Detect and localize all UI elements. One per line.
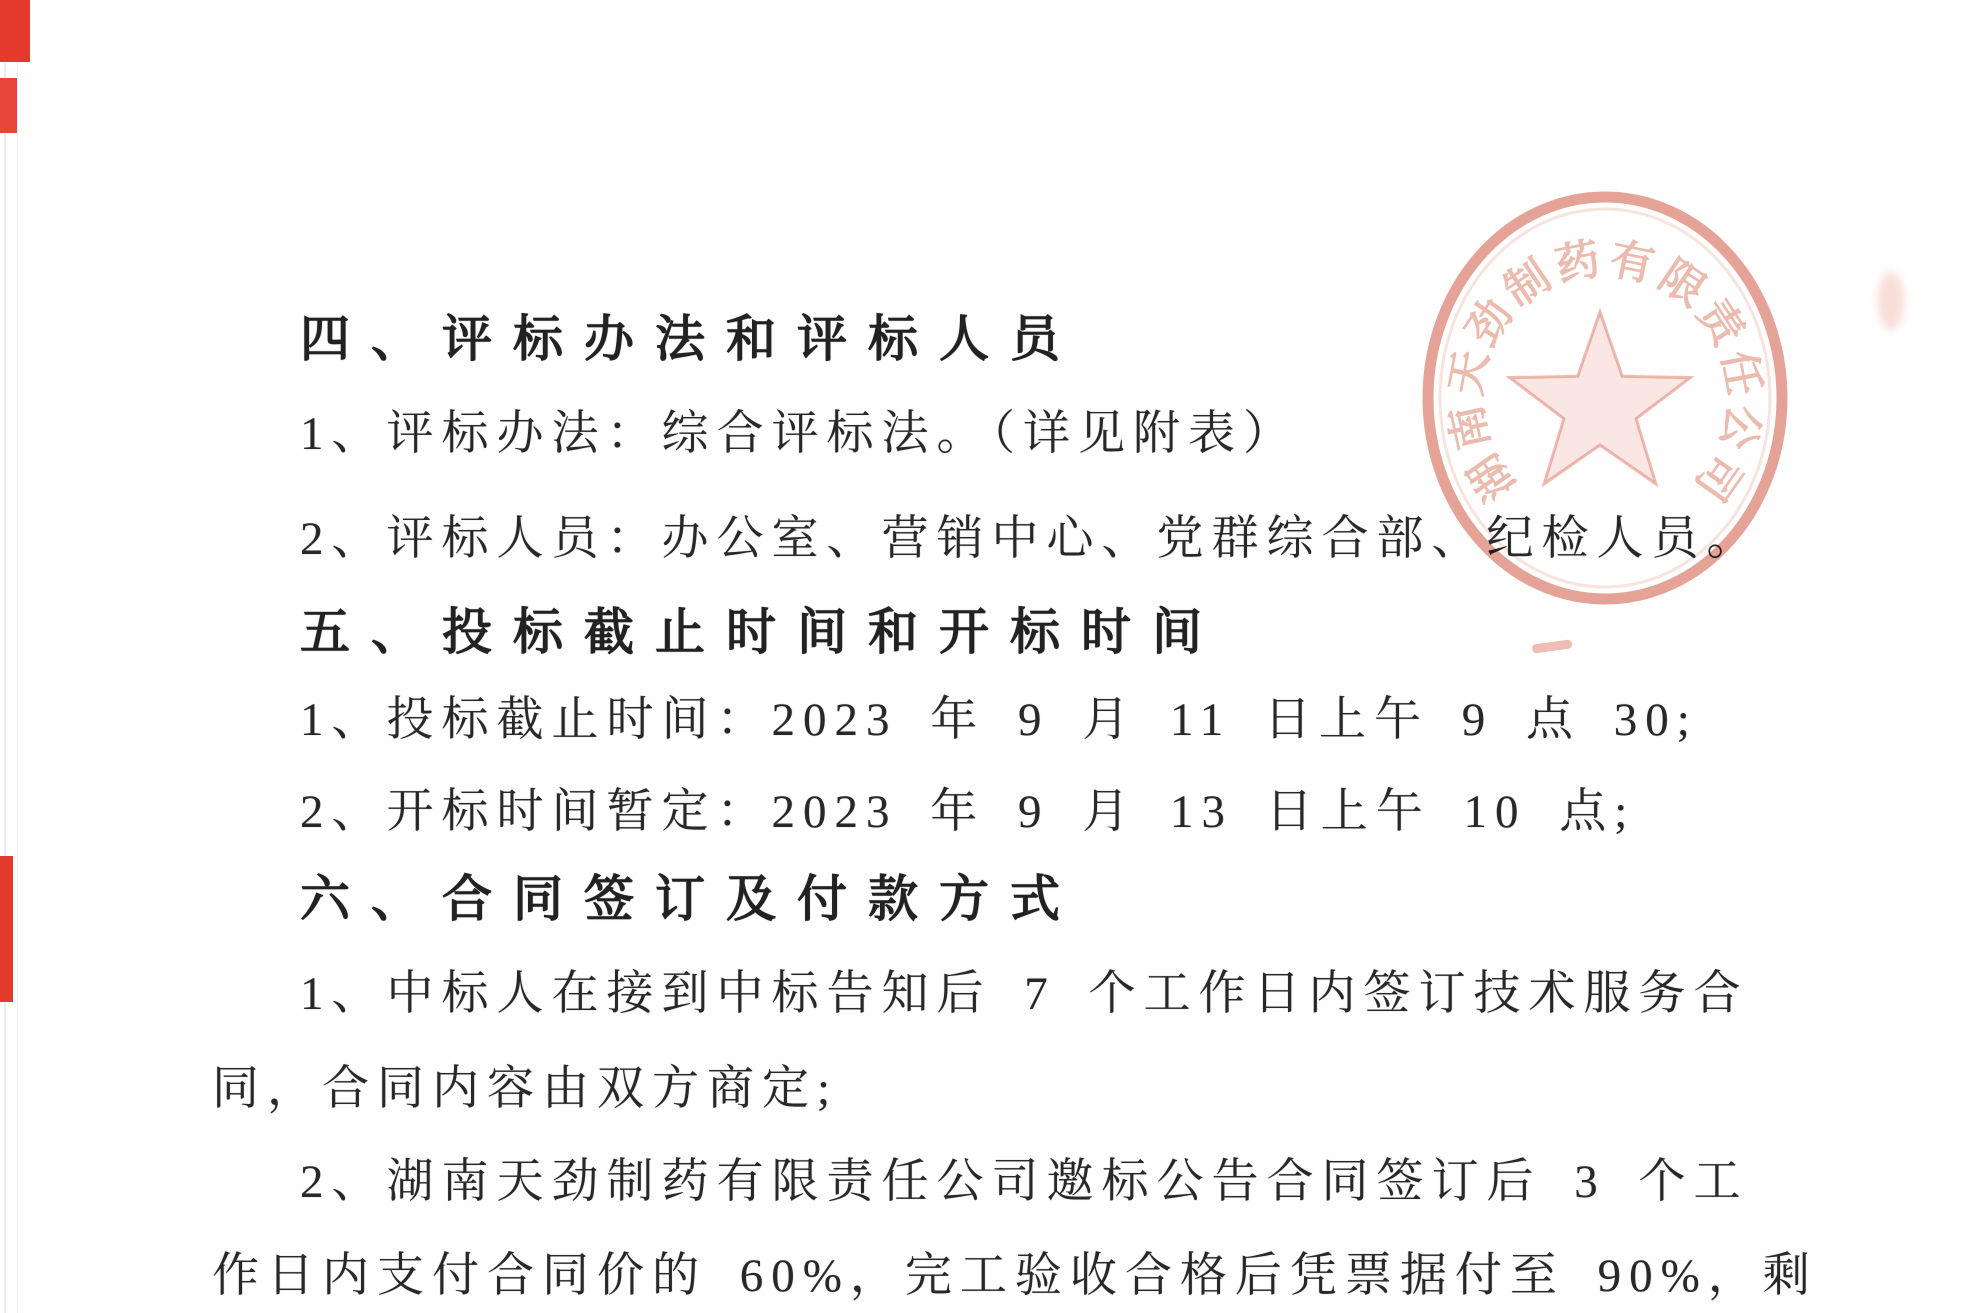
seal-char: 药 [1551,234,1604,291]
seal-char: 司 [1685,445,1750,509]
red-edge-mark [0,0,30,62]
seal-ink-smudge [1878,272,1904,330]
seal-char: 任 [1713,347,1769,399]
seal-char: 公 [1711,401,1768,454]
scan-edge-line [4,0,6,1313]
text-line: 同，合同内容由双方商定; [212,1051,838,1118]
text-line: 2、开标时间暂定：2023 年 9 月 13 日上午 10 点; [300,774,1635,841]
seal-char: 责 [1688,291,1754,356]
document-page: 四、评标办法和评标人员 1、评标办法：综合评标法。（详见附表） 2、评标人员：办… [0,0,1980,1313]
seal-char: 湖 [1459,445,1524,509]
red-edge-mark [0,856,13,1002]
section-heading-4: 四、评标办法和评标人员 [300,299,1081,371]
seal-char: 天 [1441,347,1497,399]
seal-char: 有 [1606,234,1659,291]
red-edge-mark [0,78,17,133]
seal-star-icon [1510,312,1691,484]
text-line: 2、湖南天劲制药有限责任公司邀标公告合同签订后 3 个工 [300,1144,1749,1211]
scan-edge-line [17,0,18,1313]
text-line: 作日内支付合同价的 60%，完工验收合格后凭票据付至 90%，剩 [212,1238,1818,1305]
text-line: 1、评标办法：综合评标法。（详见附表） [300,396,1298,463]
section-heading-6: 六、合同签订及付款方式 [300,859,1081,931]
company-seal: 湖南天劲制药有限责任公司 [1395,155,1815,635]
section-heading-5: 五、投标截止时间和开标时间 [300,592,1223,664]
seal-ink-smudge [1532,639,1573,653]
seal-char: 南 [1442,401,1499,454]
text-line: 1、中标人在接到中标告知后 7 个工作日内签订技术服务合 [300,956,1749,1023]
text-line: 1、投标截止时间：2023 年 9 月 11 日上午 9 点 30; [300,682,1698,749]
